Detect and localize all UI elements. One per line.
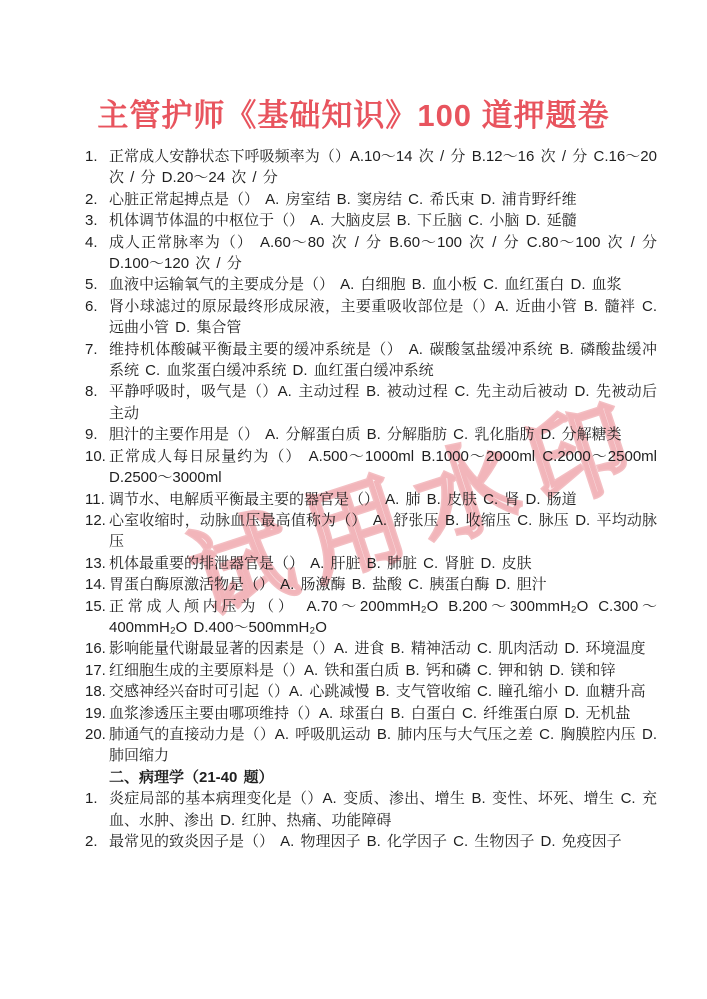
question-text: 肾小球滤过的原尿最终形成尿液，主要重吸收部位是（）A. 近曲小管 B. 髓袢 C… — [109, 296, 657, 339]
question-number: 15. — [85, 596, 109, 639]
question-number: 7. — [85, 339, 109, 382]
question-row-19: 19.血浆渗透压主要由哪项维持（）A. 球蛋白 B. 白蛋白 C. 纤维蛋白原 … — [85, 703, 657, 724]
question-row-14: 14.胃蛋白酶原激活物是（） A. 肠激酶 B. 盐酸 C. 胰蛋白酶 D. 胆… — [85, 574, 657, 595]
question-text: 血液中运输氧气的主要成分是（） A. 白细胞 B. 血小板 C. 血红蛋白 D.… — [109, 274, 657, 295]
question-number: 8. — [85, 381, 109, 424]
question-text: 最常见的致炎因子是（） A. 物理因子 B. 化学因子 C. 生物因子 D. 免… — [109, 831, 657, 852]
question-text: 炎症局部的基本病理变化是（）A. 变质、渗出、增生 B. 变性、坏死、增生 C.… — [109, 788, 657, 831]
question-row-11: 11.调节水、电解质平衡最主要的器官是（） A. 肺 B. 皮肤 C. 肾 D.… — [85, 489, 657, 510]
question-row-15: 15.正常成人颅内压为（） A.70～200mmH₂O B.200～300mmH… — [85, 596, 657, 639]
question-number: 9. — [85, 424, 109, 445]
question-number: 20. — [85, 724, 109, 767]
question-number: 1. — [85, 146, 109, 189]
question-number: 17. — [85, 660, 109, 681]
question-row-6: 6.肾小球滤过的原尿最终形成尿液，主要重吸收部位是（）A. 近曲小管 B. 髓袢… — [85, 296, 657, 339]
question-row-20: 20.肺通气的直接动力是（）A. 呼吸肌运动 B. 肺内压与大气压之差 C. 胸… — [85, 724, 657, 767]
question-text: 机体调节体温的中枢位于（） A. 大脑皮层 B. 下丘脑 C. 小脑 D. 延髓 — [109, 210, 657, 231]
question-number: 2. — [85, 831, 109, 852]
question-text: 平静呼吸时，吸气是（）A. 主动过程 B. 被动过程 C. 先主动后被动 D. … — [109, 381, 657, 424]
question-row-4: 4.成人正常脉率为（） A.60～80 次 / 分 B.60～100 次 / 分… — [85, 232, 657, 275]
question-row-16: 16.影响能量代谢最显著的因素是（）A. 进食 B. 精神活动 C. 肌肉活动 … — [85, 638, 657, 659]
question-number: 19. — [85, 703, 109, 724]
question-text: 调节水、电解质平衡最主要的器官是（） A. 肺 B. 皮肤 C. 肾 D. 肠道 — [109, 489, 657, 510]
question-number: 2. — [85, 189, 109, 210]
question-row-8: 8.平静呼吸时，吸气是（）A. 主动过程 B. 被动过程 C. 先主动后被动 D… — [85, 381, 657, 424]
question-text: 正常成人颅内压为（） A.70～200mmH₂O B.200～300mmH₂O … — [109, 596, 657, 639]
question-row-3: 3.机体调节体温的中枢位于（） A. 大脑皮层 B. 下丘脑 C. 小脑 D. … — [85, 210, 657, 231]
question-text: 红细胞生成的主要原料是（）A. 铁和蛋白质 B. 钙和磷 C. 钾和钠 D. 镁… — [109, 660, 657, 681]
question-row-9: 9.胆汁的主要作用是（） A. 分解蛋白质 B. 分解脂肪 C. 乳化脂肪 D.… — [85, 424, 657, 445]
question-number: 1. — [85, 788, 109, 831]
question-text: 胃蛋白酶原激活物是（） A. 肠激酶 B. 盐酸 C. 胰蛋白酶 D. 胆汁 — [109, 574, 657, 595]
question-number: 18. — [85, 681, 109, 702]
exam-paper-page: 试用水印 主管护师《基础知识》100 道押题卷 1.正常成人安静状态下呼吸频率为… — [0, 0, 707, 999]
question-number: 14. — [85, 574, 109, 595]
section-heading-pathology: 二、病理学（21-40 题） — [85, 767, 657, 788]
question-text: 心脏正常起搏点是（） A. 房室结 B. 窦房结 C. 希氏束 D. 浦肯野纤维 — [109, 189, 657, 210]
question-text: 血浆渗透压主要由哪项维持（）A. 球蛋白 B. 白蛋白 C. 纤维蛋白原 D. … — [109, 703, 657, 724]
question-row-18: 18.交感神经兴奋时可引起（）A. 心跳减慢 B. 支气管收缩 C. 瞳孔缩小 … — [85, 681, 657, 702]
question-row-12: 12.心室收缩时，动脉血压最高值称为（） A. 舒张压 B. 收缩压 C. 脉压… — [85, 510, 657, 553]
question-row-13: 13.机体最重要的排泄器官是（） A. 肝脏 B. 肺脏 C. 肾脏 D. 皮肤 — [85, 553, 657, 574]
question-row-7: 7.维持机体酸碱平衡最主要的缓冲系统是（） A. 碳酸氢盐缓冲系统 B. 磷酸盐… — [85, 339, 657, 382]
question-row-10: 10.正常成人每日尿量约为（） A.500～1000ml B.1000～2000… — [85, 446, 657, 489]
page-title: 主管护师《基础知识》100 道押题卷 — [0, 90, 707, 135]
question-text: 成人正常脉率为（） A.60～80 次 / 分 B.60～100 次 / 分 C… — [109, 232, 657, 275]
question-row-5: 5.血液中运输氧气的主要成分是（） A. 白细胞 B. 血小板 C. 血红蛋白 … — [85, 274, 657, 295]
question-number: 12. — [85, 510, 109, 553]
question-text: 维持机体酸碱平衡最主要的缓冲系统是（） A. 碳酸氢盐缓冲系统 B. 磷酸盐缓冲… — [109, 339, 657, 382]
question-row-1: 1.正常成人安静状态下呼吸频率为（）A.10～14 次 / 分 B.12～16 … — [85, 146, 657, 189]
question-row-22: 2.最常见的致炎因子是（） A. 物理因子 B. 化学因子 C. 生物因子 D.… — [85, 831, 657, 852]
question-text: 交感神经兴奋时可引起（）A. 心跳减慢 B. 支气管收缩 C. 瞳孔缩小 D. … — [109, 681, 657, 702]
question-text: 影响能量代谢最显著的因素是（）A. 进食 B. 精神活动 C. 肌肉活动 D. … — [109, 638, 657, 659]
question-number: 5. — [85, 274, 109, 295]
question-text: 正常成人安静状态下呼吸频率为（）A.10～14 次 / 分 B.12～16 次 … — [109, 146, 657, 189]
question-text: 正常成人每日尿量约为（） A.500～1000ml B.1000～2000ml … — [109, 446, 657, 489]
question-text: 心室收缩时，动脉血压最高值称为（） A. 舒张压 B. 收缩压 C. 脉压 D.… — [109, 510, 657, 553]
question-text: 机体最重要的排泄器官是（） A. 肝脏 B. 肺脏 C. 肾脏 D. 皮肤 — [109, 553, 657, 574]
question-text: 胆汁的主要作用是（） A. 分解蛋白质 B. 分解脂肪 C. 乳化脂肪 D. 分… — [109, 424, 657, 445]
question-number: 13. — [85, 553, 109, 574]
question-list: 1.正常成人安静状态下呼吸频率为（）A.10～14 次 / 分 B.12～16 … — [85, 146, 657, 852]
question-number: 6. — [85, 296, 109, 339]
question-text: 肺通气的直接动力是（）A. 呼吸肌运动 B. 肺内压与大气压之差 C. 胸膜腔内… — [109, 724, 657, 767]
question-number: 11. — [85, 489, 109, 510]
question-number: 4. — [85, 232, 109, 275]
question-row-17: 17.红细胞生成的主要原料是（）A. 铁和蛋白质 B. 钙和磷 C. 钾和钠 D… — [85, 660, 657, 681]
question-row-2: 2.心脏正常起搏点是（） A. 房室结 B. 窦房结 C. 希氏束 D. 浦肯野… — [85, 189, 657, 210]
question-row-21: 1.炎症局部的基本病理变化是（）A. 变质、渗出、增生 B. 变性、坏死、增生 … — [85, 788, 657, 831]
question-number: 10. — [85, 446, 109, 489]
question-number: 3. — [85, 210, 109, 231]
question-number: 16. — [85, 638, 109, 659]
